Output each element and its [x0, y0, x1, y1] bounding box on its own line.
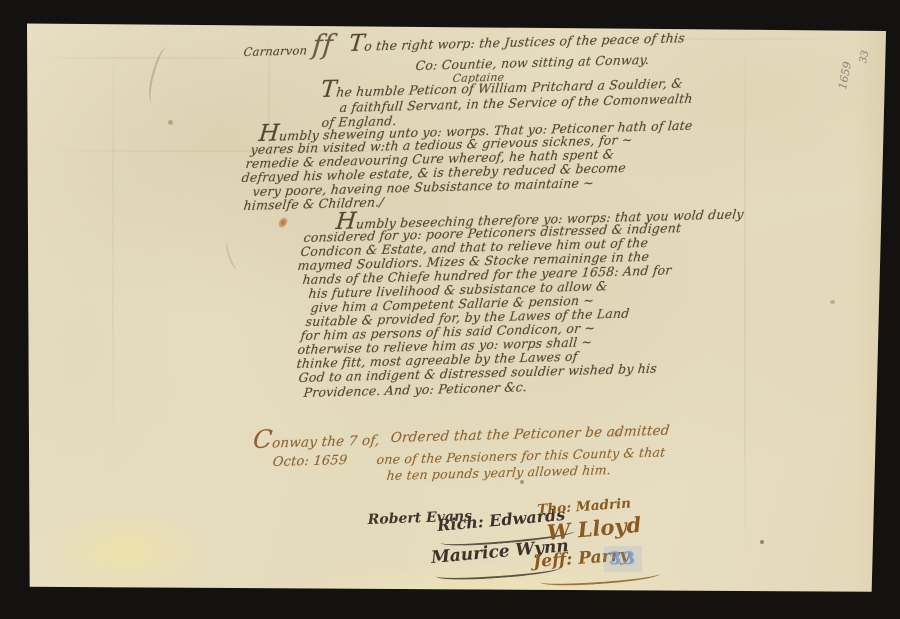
- stray-pen-mark: [145, 45, 175, 105]
- ink-speck: [830, 300, 835, 304]
- margin-ss-mark: ff: [311, 29, 334, 61]
- stray-pen-mark: [223, 239, 243, 271]
- photograph-background: Carnarvon ff To the right worp: the Just…: [0, 0, 900, 619]
- manuscript-paper: Carnarvon ff To the right worp: the Just…: [0, 0, 900, 619]
- order-date-line: Octo: 1659: [272, 453, 348, 470]
- pencil-number-annotation: 33: [858, 49, 871, 64]
- archival-number-stamp: 33: [604, 546, 642, 573]
- ink-speck: [168, 120, 173, 125]
- order-text-line: Ordered that the Peticoner be admitted: [390, 423, 670, 446]
- order-place-line: Conway the 7 of,: [252, 430, 381, 452]
- body-line: himselfe & Children./: [243, 194, 385, 213]
- ink-speck: [760, 540, 764, 544]
- chain-line-crease: [112, 30, 114, 460]
- horizontal-crease: [35, 57, 265, 59]
- rust-stain: [277, 216, 290, 230]
- margin-county-label: Carnarvon: [243, 43, 308, 59]
- vertical-fold-crease: [744, 25, 746, 565]
- pencil-year-annotation: 1659: [836, 61, 854, 91]
- ink-speck: [520, 480, 524, 484]
- heading-line: To the right worp: the Justices of the p…: [348, 29, 686, 54]
- heading-line: Co: Countie, now sitting at Conway.: [415, 52, 650, 73]
